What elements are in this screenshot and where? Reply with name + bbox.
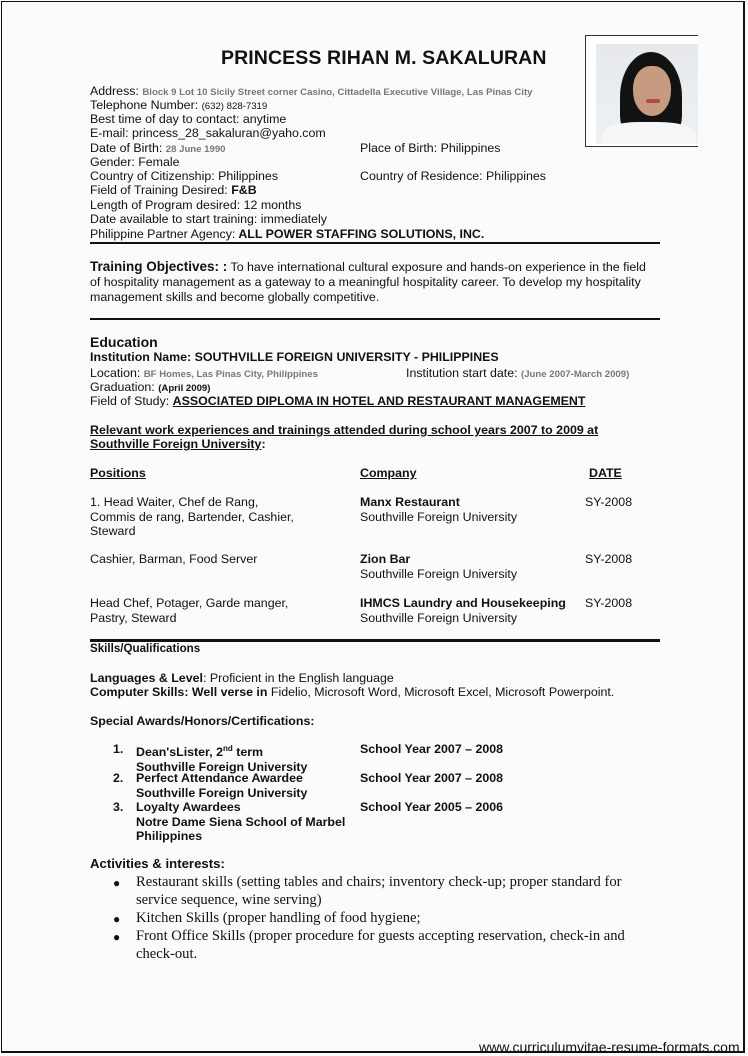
- position-cell: 1. Head Waiter, Chef de Rang,Commis de r…: [90, 495, 294, 539]
- footer-url[interactable]: www.curriculumvitae-resume-formats.com: [479, 1039, 740, 1055]
- column-header-date: DATE: [589, 466, 622, 480]
- profile-photo: [585, 35, 698, 147]
- languages-line: Languages & Level: Proficient in the Eng…: [90, 671, 394, 685]
- residence-line: Country of Residence: Philippines: [360, 169, 546, 183]
- divider: [90, 242, 660, 244]
- company-cell: Manx RestaurantSouthville Foreign Univer…: [360, 495, 517, 524]
- column-header-positions: Positions: [90, 466, 146, 480]
- email-line: E-mail: princess_28_sakaluran@yaho.com: [90, 126, 326, 140]
- education-heading: Education: [90, 335, 158, 349]
- bullet-icon: ●: [113, 912, 120, 926]
- gender-line: Gender: Female: [90, 155, 180, 169]
- best-time-line: Best time of day to contact: anytime: [90, 112, 286, 126]
- divider: [90, 318, 660, 320]
- date-cell: SY-2008: [585, 495, 632, 509]
- skills-heading: Skills/Qualifications: [90, 642, 200, 656]
- experience-heading: Relevant work experiences and trainings …: [90, 423, 598, 451]
- company-cell: IHMCS Laundry and HousekeepingSouthville…: [360, 596, 566, 625]
- activities-heading: Activities & interests:: [90, 857, 225, 871]
- citizenship-line: Country of Citizenship: Philippines: [90, 169, 278, 183]
- institution-line: Institution Name: SOUTHVILLE FOREIGN UNI…: [90, 350, 499, 364]
- bullet-icon: ●: [113, 876, 120, 890]
- objectives-line-2: of hospitality management as a gateway t…: [90, 275, 641, 290]
- position-cell: Cashier, Barman, Food Server: [90, 552, 257, 567]
- computer-skills-line: Computer Skills: Well verse in Fidelio, …: [90, 685, 614, 699]
- pob-line: Place of Birth: Philippines: [360, 141, 501, 155]
- start-date-line: Date available to start training: immedi…: [90, 212, 327, 226]
- start-date-line: Institution start date: (June 2007-March…: [406, 366, 629, 380]
- position-cell: Head Chef, Potager, Garde manger,Pastry,…: [90, 596, 288, 625]
- date-cell: SY-2008: [585, 552, 632, 566]
- training-field-line: Field of Training Desired: F&B: [90, 183, 257, 197]
- objectives-line-1: Training Objectives: : To have internati…: [90, 260, 646, 275]
- applicant-name: PRINCESS RIHAN M. SAKALURAN: [221, 47, 547, 70]
- objectives-line-3: management skills and become globally co…: [90, 290, 379, 305]
- column-header-company: Company: [360, 466, 416, 480]
- program-length-line: Length of Program desired: 12 months: [90, 198, 301, 212]
- bullet-icon: ●: [113, 930, 120, 944]
- date-cell: SY-2008: [585, 596, 632, 610]
- awards-heading: Special Awards/Honors/Certifications:: [90, 714, 314, 728]
- field-of-study-line: Field of Study: ASSOCIATED DIPLOMA IN HO…: [90, 394, 585, 408]
- company-cell: Zion BarSouthville Foreign University: [360, 552, 517, 581]
- portrait-image: [596, 44, 698, 144]
- agency-line: Philippine Partner Agency: ALL POWER STA…: [90, 227, 484, 241]
